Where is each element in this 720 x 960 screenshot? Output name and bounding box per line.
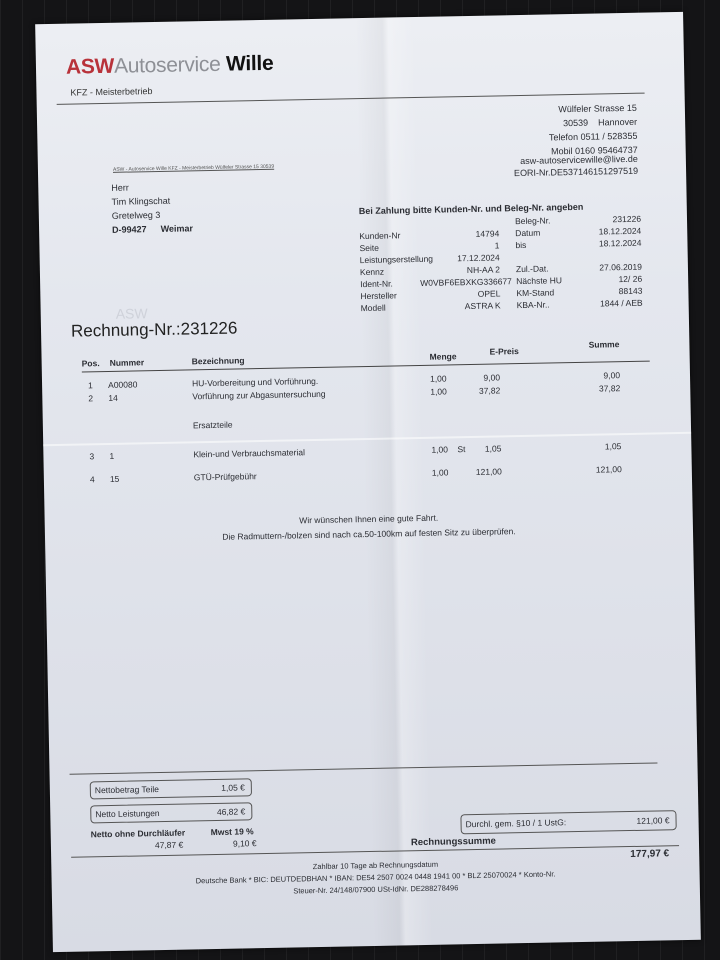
netto-leistungen-label: Netto Leistungen <box>95 805 160 822</box>
recipient-name: Tim Klingschat <box>111 193 192 209</box>
table-row: 31Klein-und Verbrauchsmaterial1,00St1,05… <box>83 440 651 464</box>
cell-bezeichnung: Ersatzteile <box>193 419 233 433</box>
cell-menge: 1,00 <box>430 385 447 398</box>
invoice-footer: Zahlbar 10 Tage ab Rechnungsdatum Deutsc… <box>51 854 700 902</box>
company-address: Wülfeler Strasse 15 30539 Hannover Telef… <box>548 101 637 159</box>
durchlaeufer-box: Durchl. gem. §10 / 1 UstG: 121,00 € <box>460 810 676 834</box>
cell-pos: 1 <box>88 379 93 392</box>
company-tagline: KFZ - Meisterbetrieb <box>70 86 152 98</box>
cell-summe: 37,82 <box>599 382 621 395</box>
items-table-body: 1A00080HU-Vorbereitung und Vorführung.1,… <box>82 369 652 487</box>
netto-ohne-value: 47,87 € <box>155 840 184 851</box>
invoice-meta: Beleg-Nr.231226Kunden-Nr14794Datum18.12.… <box>359 213 643 314</box>
cell-einheit: St <box>457 443 465 456</box>
cell-nummer: 14 <box>108 392 118 405</box>
cell-pos: 2 <box>88 392 93 405</box>
netto-ohne-label: Netto ohne Durchläufer <box>91 828 186 840</box>
meta-value: ASTRA K <box>421 299 501 313</box>
netto-leistungen-box: Netto Leistungen 46,82 € <box>90 802 252 823</box>
cell-menge: 1,00 <box>431 443 448 456</box>
netto-leistungen-value: 46,82 € <box>217 803 246 820</box>
invoice-notes: Wir wünschen Ihnen eine gute Fahrt. Die … <box>45 506 693 548</box>
cell-epreis: 37,82 <box>479 384 501 397</box>
paper-fold <box>355 17 433 946</box>
logo-asw: ASW <box>66 55 115 79</box>
recipient-city-line: D-99427Weimar <box>112 221 193 237</box>
col-nummer: Nummer <box>110 357 145 368</box>
cell-menge: 1,00 <box>432 466 449 479</box>
company-eori: EORI-Nr.DE537146151297519 <box>514 165 638 179</box>
netto-teile-label: Nettobetrag Teile <box>95 781 159 798</box>
cell-summe: 1,05 <box>605 440 622 453</box>
cell-bezeichnung: Klein-und Verbrauchsmaterial <box>193 446 305 461</box>
company-logo: ASWAutoservice Wille <box>66 52 274 80</box>
cell-summe: 121,00 <box>596 463 622 476</box>
logo-autoservice: Autoservice <box>114 53 221 78</box>
cell-nummer: A00080 <box>108 378 138 392</box>
cell-pos: 4 <box>90 473 95 486</box>
mwst-value: 9,10 € <box>233 838 257 848</box>
totals-divider <box>70 762 658 774</box>
cell-menge: 1,00 <box>430 372 447 385</box>
netto-teile-value: 1,05 € <box>221 779 245 795</box>
col-pos: Pos. <box>82 358 100 368</box>
recipient-salutation: Herr <box>111 179 192 195</box>
invoice-title: Rechnung-Nr.:231226 <box>71 318 238 341</box>
recipient-address: Herr Tim Klingschat Gretelweg 3 D-99427W… <box>111 179 193 237</box>
sender-return-line: ASW - Autoservice Wille KFZ - Meisterbet… <box>113 164 274 173</box>
cell-nummer: 15 <box>110 473 120 486</box>
cell-pos: 3 <box>89 450 94 463</box>
meta-key: Modell <box>361 301 421 314</box>
cell-epreis: 121,00 <box>476 465 502 478</box>
rechnungssumme-label: Rechnungssumme <box>411 836 496 849</box>
durchlaeufer-label: Durchl. gem. §10 / 1 UstG: <box>465 813 566 833</box>
table-row: 415GTÜ-Prüfgebühr1,00121,00121,00 <box>84 463 652 487</box>
cell-summe: 9,00 <box>603 369 620 382</box>
meta-key: KBA-Nr.. <box>517 298 577 311</box>
cell-bezeichnung: Vorführung zur Abgasuntersuchung <box>192 388 325 404</box>
col-summe: Summe <box>589 339 620 350</box>
items-table-header: Pos. Nummer Bezeichnung Menge E-Preis Su… <box>81 343 649 373</box>
col-epreis: E-Preis <box>489 346 518 357</box>
table-row: Ersatzteile <box>83 411 651 435</box>
cell-bezeichnung: GTÜ-Prüfgebühr <box>194 470 257 484</box>
company-contact: asw-autoservicewille@live.de EORI-Nr.DE5… <box>514 153 639 179</box>
durchlaeufer-value: 121,00 € <box>636 811 669 830</box>
meta-value: 1844 / AEB <box>577 297 643 310</box>
col-menge: Menge <box>430 351 457 362</box>
cell-epreis: 1,05 <box>485 442 502 455</box>
cell-epreis: 9,00 <box>483 371 500 384</box>
netto-teile-box: Nettobetrag Teile 1,05 € <box>90 778 252 799</box>
cell-nummer: 1 <box>109 450 114 463</box>
logo-wille: Wille <box>226 52 274 76</box>
mwst-label: Mwst 19 % <box>211 826 254 837</box>
invoice-paper: ASWAutoservice Wille KFZ - Meisterbetrie… <box>35 12 701 952</box>
col-bezeichnung: Bezeichnung <box>192 355 245 366</box>
